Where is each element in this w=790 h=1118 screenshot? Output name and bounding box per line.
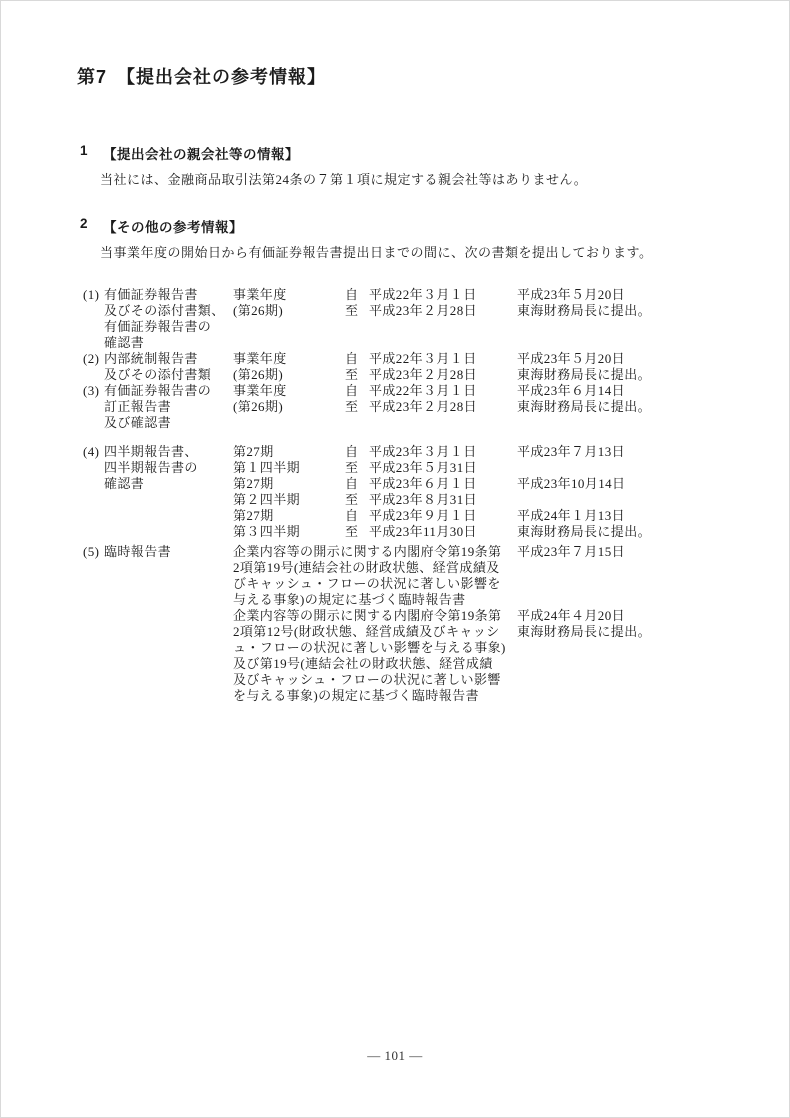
filing-from-to-marks: 自 至	[345, 287, 369, 319]
filing-from-to-marks: 自 至	[345, 351, 369, 383]
filing-dates: 平成22年３月１日 平成23年２月28日	[369, 287, 517, 319]
section-1-title: 【提出会社の親会社等の情報】	[103, 143, 299, 163]
filing-number: (5)	[83, 544, 104, 560]
filing-submission: 平成23年７月15日	[517, 544, 625, 560]
page-title: 第7 【提出会社の参考情報】	[77, 63, 326, 89]
section-2-title: 【その他の参考情報】	[103, 216, 243, 236]
filing-submission: 平成23年６月14日 東海財務局長に提出。	[517, 383, 743, 415]
filing-submission: 平成23年５月20日 東海財務局長に提出。	[517, 351, 743, 383]
filing-detail-block-1: 企業内容等の開示に関する内閣府令第19条第2項第19号(連結会社の財政状態、経営…	[233, 544, 743, 608]
filing-document: 有価証券報告書 及びその添付書類、 有価証券報告書の 確認書	[104, 287, 233, 351]
filing-document: 四半期報告書、 四半期報告書の 確認書	[104, 444, 233, 492]
filing-number: (1)	[83, 287, 104, 303]
filing-row-4: (4) 四半期報告書、 四半期報告書の 確認書 第27期 第１四半期 第27期 …	[83, 444, 743, 540]
filing-submission: 平成23年５月20日 東海財務局長に提出。	[517, 287, 743, 319]
section-1-heading: 1 【提出会社の親会社等の情報】	[80, 143, 299, 163]
filing-number: (3)	[83, 383, 104, 399]
filing-document: 内部統制報告書 及びその添付書類	[104, 351, 233, 383]
filing-description: 企業内容等の開示に関する内閣府令第19条第2項第12号(財政状態、経営成績及びキ…	[233, 608, 506, 704]
filing-document: 有価証券報告書の 訂正報告書 及び確認書	[104, 383, 233, 431]
filing-detail-block-2: 企業内容等の開示に関する内閣府令第19条第2項第12号(財政状態、経営成績及びキ…	[233, 608, 743, 704]
filing-from-to-marks: 自 至 自 至 自 至	[345, 444, 369, 540]
section-1-number: 1	[80, 143, 103, 163]
filing-description: 企業内容等の開示に関する内閣府令第19条第2項第19号(連結会社の財政状態、経営…	[233, 544, 506, 608]
filing-submission: 平成23年７月13日 平成23年10月14日 平成24年１月13日 東海財務局長…	[517, 444, 743, 540]
filing-dates: 平成22年３月１日 平成23年２月28日	[369, 383, 517, 415]
filing-number: (4)	[83, 444, 104, 460]
section-1-body: 当社には、金融商品取引法第24条の７第１項に規定する親会社等はありません。	[100, 169, 587, 188]
filing-dates: 平成23年３月１日 平成23年５月31日 平成23年６月１日 平成23年８月31…	[369, 444, 517, 540]
filing-dates: 平成22年３月１日 平成23年２月28日	[369, 351, 517, 383]
page-number: ― 101 ―	[1, 1048, 789, 1064]
filing-row-2: (2) 内部統制報告書 及びその添付書類 事業年度 (第26期) 自 至 平成2…	[83, 351, 743, 383]
section-2-heading: 2 【その他の参考情報】	[80, 216, 243, 236]
filing-row-1: (1) 有価証券報告書 及びその添付書類、 有価証券報告書の 確認書 事業年度 …	[83, 287, 743, 351]
section-2-body: 当事業年度の開始日から有価証券報告書提出日までの間に、次の書類を提出しております…	[100, 242, 652, 261]
filing-submission: 平成24年４月20日 東海財務局長に提出。	[517, 608, 651, 640]
filing-row-5: (5) 臨時報告書 企業内容等の開示に関する内閣府令第19条第2項第19号(連結…	[83, 544, 743, 704]
filing-row-3: (3) 有価証券報告書の 訂正報告書 及び確認書 事業年度 (第26期) 自 至…	[83, 383, 743, 431]
filing-period: 事業年度 (第26期)	[233, 351, 345, 383]
section-2-number: 2	[80, 216, 103, 236]
filing-document: 臨時報告書	[104, 544, 233, 560]
filing-number: (2)	[83, 351, 104, 367]
filing-period: 事業年度 (第26期)	[233, 287, 345, 319]
filing-detail-blocks: 企業内容等の開示に関する内閣府令第19条第2項第19号(連結会社の財政状態、経営…	[233, 544, 743, 704]
document-page: 第7 【提出会社の参考情報】 1 【提出会社の親会社等の情報】 当社には、金融商…	[0, 0, 790, 1118]
filing-list: (1) 有価証券報告書 及びその添付書類、 有価証券報告書の 確認書 事業年度 …	[83, 287, 743, 704]
filing-period: 事業年度 (第26期)	[233, 383, 345, 415]
filing-from-to-marks: 自 至	[345, 383, 369, 415]
filing-period: 第27期 第１四半期 第27期 第２四半期 第27期 第３四半期	[233, 444, 345, 540]
